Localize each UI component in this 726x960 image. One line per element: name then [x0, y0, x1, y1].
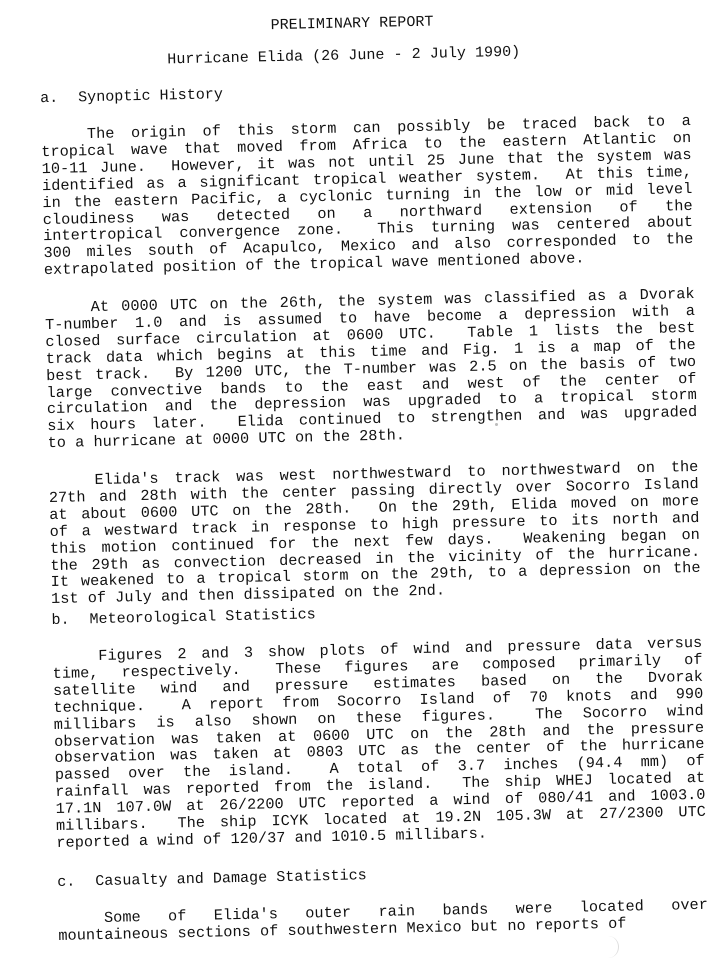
section-label: b. [51, 613, 69, 629]
section-heading: Meteorological Statistics [89, 607, 316, 628]
scan-artifact [598, 936, 619, 958]
document-page: PRELIMINARY REPORT Hurricane Elida (26 J… [0, 0, 726, 960]
section-heading: Casualty and Damage Statistics [95, 868, 367, 890]
section-label: c. [57, 875, 75, 891]
scan-speck [495, 423, 498, 426]
scanned-text-block: PRELIMINARY REPORT Hurricane Elida (26 J… [0, 0, 726, 960]
section-heading: Synoptic History [78, 87, 223, 106]
report-title: PRELIMINARY REPORT [270, 15, 433, 35]
report-subtitle: Hurricane Elida (26 June - 2 July 1990) [167, 45, 520, 69]
section-label: a. [40, 91, 58, 107]
